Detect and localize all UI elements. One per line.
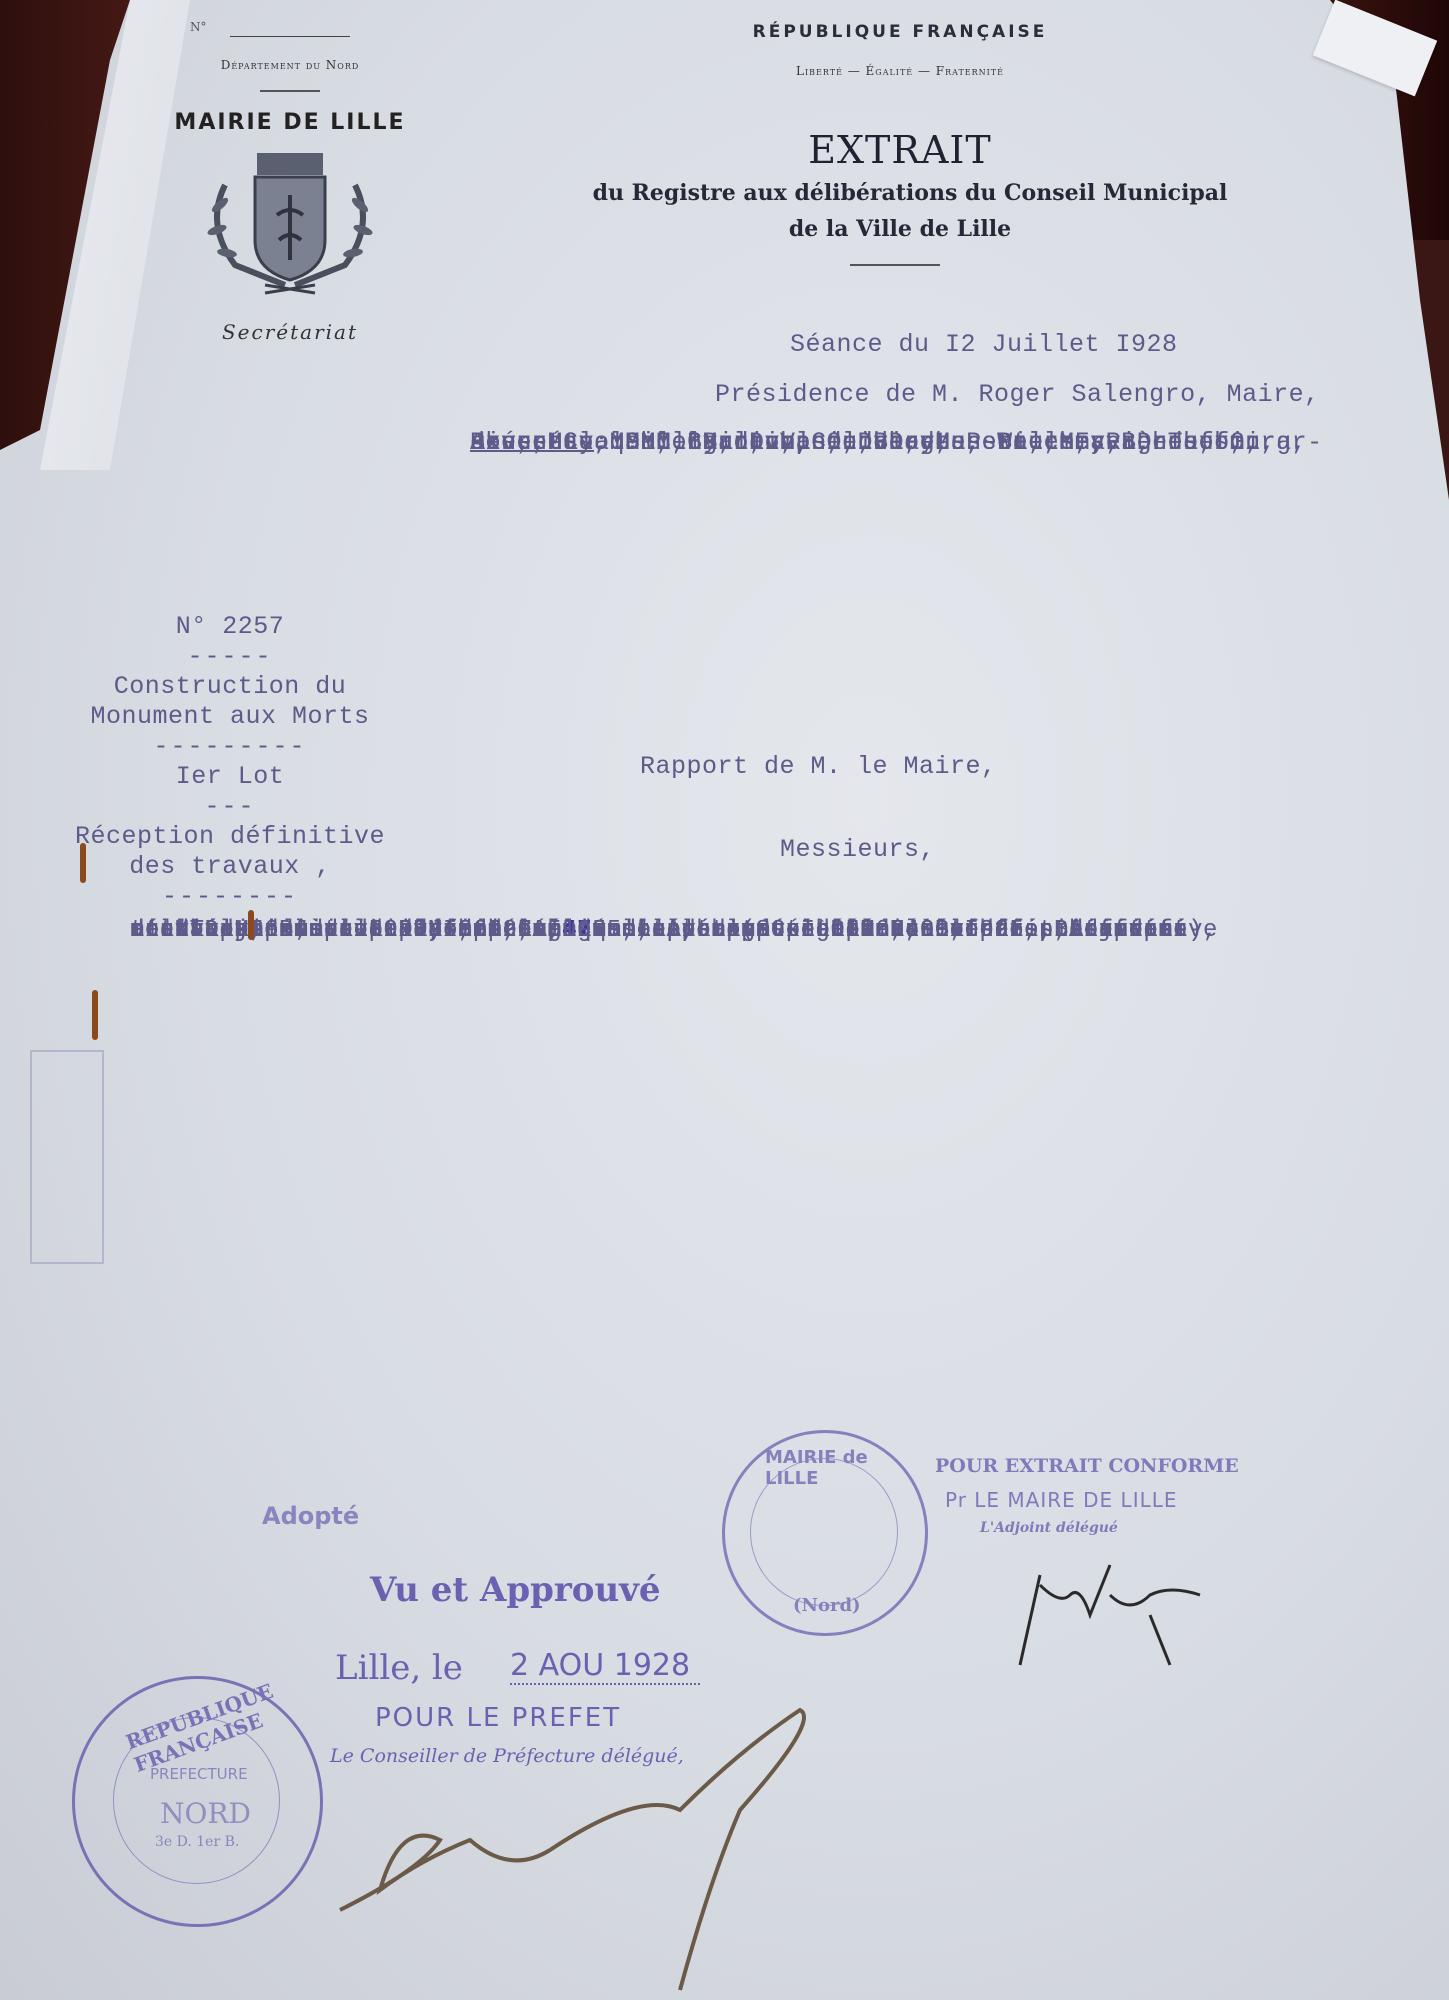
rust-stain bbox=[92, 990, 98, 1040]
deliberation-number: N° 2257 bbox=[40, 612, 420, 642]
republique-francaise: RÉPUBLIQUE FRANÇAISE bbox=[600, 22, 1200, 42]
pr-maire-stamp: Pr LE MAIRE DE LILLE bbox=[945, 1488, 1178, 1512]
department: Département du Nord bbox=[140, 58, 440, 72]
number-line bbox=[230, 36, 350, 37]
adjoint-delegue: L'Adjoint délégué bbox=[980, 1520, 1118, 1536]
closing-line: et d'approuver le décompte tel qu'il est… bbox=[130, 918, 875, 944]
separator: ----- bbox=[40, 642, 420, 672]
session-presidence: Présidence de M. Roger Salengro, Maire, bbox=[715, 380, 1320, 409]
ornament-divider bbox=[850, 264, 940, 266]
rust-stain bbox=[248, 910, 254, 940]
approval-date: 2 AOU 1928 bbox=[510, 1648, 700, 1685]
lille-coat-of-arms-icon bbox=[195, 145, 385, 295]
mairie-title: MAIRIE DE LILLE bbox=[140, 110, 440, 135]
devise: Liberté — Égalité — Fraternité bbox=[600, 64, 1200, 78]
subject-line: Construction du bbox=[40, 672, 420, 702]
mairie-de-lille-seal: MAIRIE de LILLE (Nord) bbox=[722, 1430, 928, 1636]
prefecture-du-nord-seal: REPUBLIQUE FRANÇAISE PREFECTURE NORD 3e … bbox=[72, 1676, 323, 1927]
margin-subject: N° 2257 ----- Construction du Monument a… bbox=[40, 612, 420, 912]
absent-label: Absent bbox=[470, 428, 563, 457]
session-date: Séance du I2 Juillet I928 bbox=[790, 330, 1178, 359]
rust-stain bbox=[80, 843, 86, 883]
secretariat-label: Secrétariat bbox=[140, 320, 440, 344]
separator: -------- bbox=[40, 882, 420, 912]
object-line: des travaux , bbox=[40, 852, 420, 882]
adopte-stamp: Adopté bbox=[262, 1502, 359, 1530]
number-label: N° bbox=[190, 20, 207, 34]
received-stamp-faded bbox=[30, 1050, 104, 1264]
vu-approuve-stamp: Vu et Approuvé bbox=[370, 1570, 661, 1610]
subject-line: Monument aux Morts bbox=[40, 702, 420, 732]
separator: --------- bbox=[40, 732, 420, 762]
absent-line: Absent : M. Corsin. bbox=[470, 428, 765, 458]
extrait-conforme-stamp: POUR EXTRAIT CONFORME bbox=[935, 1455, 1239, 1477]
document-subtitle-2: de la Ville de Lille bbox=[600, 216, 1200, 242]
lot-label: Ier Lot bbox=[40, 762, 420, 792]
document-page: N° Département du Nord MAIRIE DE LILLE S… bbox=[0, 0, 1449, 2000]
lille-le-label: Lille, le bbox=[335, 1648, 463, 1688]
document-title: EXTRAIT bbox=[600, 128, 1200, 172]
report-heading: Rapport de M. le Maire, bbox=[640, 752, 997, 781]
divider bbox=[260, 90, 320, 92]
document-subtitle-1: du Registre aux délibérations du Conseil… bbox=[440, 180, 1380, 206]
separator: --- bbox=[40, 792, 420, 822]
object-line: Réception définitive bbox=[40, 822, 420, 852]
salutation: Messieurs, bbox=[780, 835, 935, 864]
prefect-signature-icon bbox=[320, 1700, 860, 2000]
adjoint-signature-icon bbox=[1000, 1555, 1220, 1675]
